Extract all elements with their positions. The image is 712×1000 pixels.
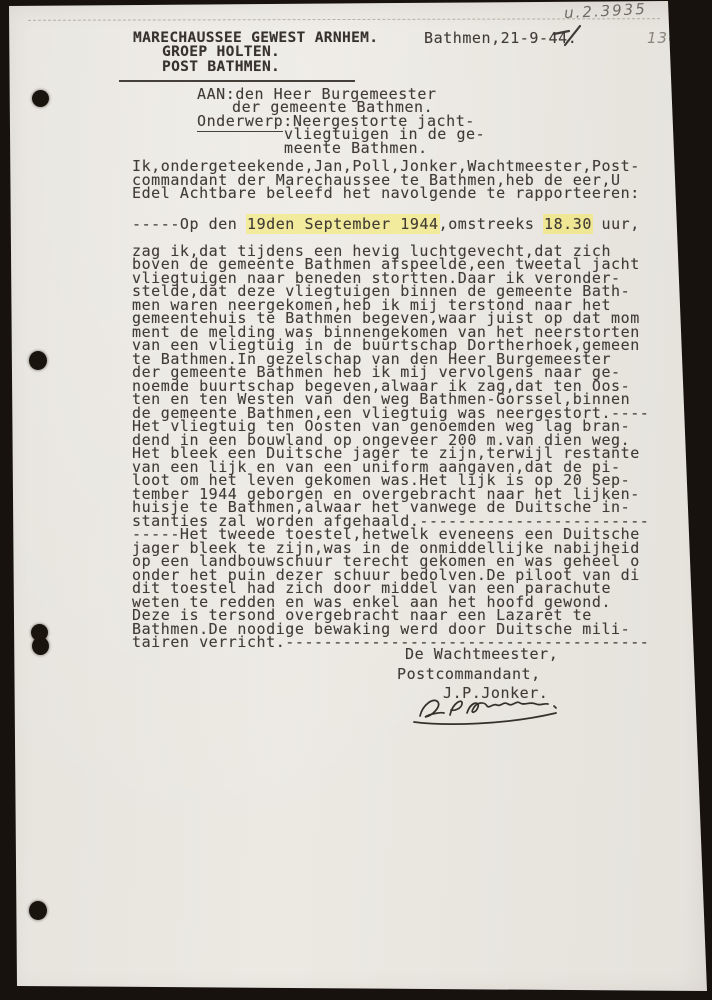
signature-role-line1: De Wachtmeester, bbox=[405, 645, 558, 665]
body-paragraph-2-rest: zag ik,dat tijdens een hevig luchtgevech… bbox=[132, 245, 649, 650]
paragraph2-between: ,omstreeks bbox=[439, 215, 544, 233]
signature-end-dot bbox=[554, 706, 556, 708]
letterhead-org-line3: POST BATHMEN. bbox=[162, 60, 378, 74]
punch-hole-3b bbox=[32, 637, 49, 655]
punch-hole-1 bbox=[32, 90, 49, 107]
signature-initial-p bbox=[450, 701, 462, 715]
signature-initial-j bbox=[420, 700, 444, 717]
page-number-annotation: 136 bbox=[647, 29, 679, 47]
punch-hole-4 bbox=[29, 901, 47, 920]
highlighted-time: 18.30 bbox=[544, 215, 592, 233]
body-paragraph-2: -----Op den 19den September 1944,omstree… bbox=[132, 218, 649, 677]
letter-body: Ik,ondergeteekende,Jan,Poll,Jonker,Wacht… bbox=[132, 160, 649, 677]
paragraph2-opening: -----Op den bbox=[132, 215, 247, 233]
signature-underline-flourish bbox=[414, 713, 556, 724]
subject-label: Onderwerp bbox=[197, 112, 283, 132]
letterhead-underline bbox=[119, 80, 355, 82]
paragraph2-after: uur, bbox=[592, 215, 640, 233]
address-block: AAN:den Heer Burgemeester der gemeente B… bbox=[197, 88, 485, 155]
body-paragraph-1: Ik,ondergeteekende,Jan,Poll,Jonker,Wacht… bbox=[132, 160, 649, 201]
highlighted-date: 19den September 1944 bbox=[247, 215, 439, 233]
punch-hole-2 bbox=[29, 351, 47, 370]
scanned-letter-page: u.2.3935 136 MARECHAUSSEE GEWEST ARNHEM.… bbox=[0, 0, 712, 1000]
subject-line3: meente Bathmen. bbox=[284, 142, 485, 155]
signature-name-scribble bbox=[467, 702, 548, 713]
handwritten-signature bbox=[410, 692, 562, 728]
letterhead: MARECHAUSSEE GEWEST ARNHEM. GROEP HOLTEN… bbox=[133, 31, 378, 74]
checkmark-annotation bbox=[551, 24, 585, 48]
signature-role-line2: Postcommandant, bbox=[397, 665, 558, 685]
paper-sheet: u.2.3935 136 MARECHAUSSEE GEWEST ARNHEM.… bbox=[0, 0, 712, 1000]
